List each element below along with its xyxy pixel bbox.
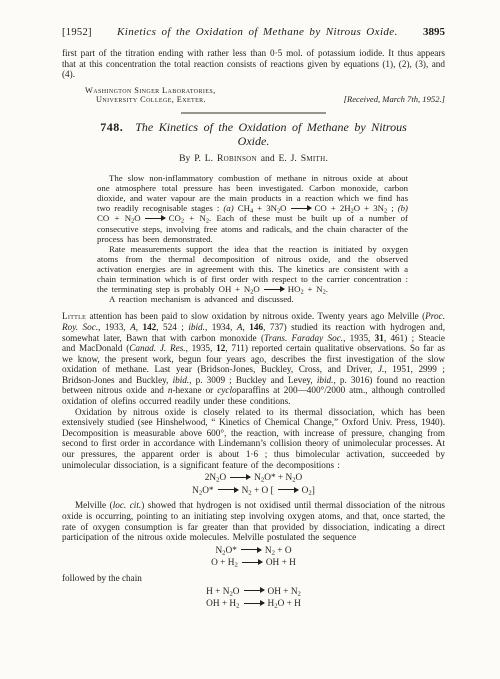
text-segment: + O — [275, 546, 292, 556]
text-segment: + O [ — [252, 486, 274, 496]
text-segment: HO — [288, 284, 301, 294]
reaction-arrow-icon — [241, 549, 261, 550]
text-segment: 2 — [236, 603, 239, 610]
abstract-paragraph: Rate measurements support the idea that … — [97, 244, 408, 294]
text-segment: cyclo — [217, 385, 236, 395]
text-segment: Little — [62, 311, 86, 321]
abstract-paragraph: A reaction mechanism is advanced and dis… — [97, 294, 408, 304]
received-date: [Received, March 7th, 1952.] — [344, 94, 445, 105]
text-segment: . — [326, 284, 328, 294]
text-segment: , 1933, — [98, 322, 130, 332]
text-segment: Canad. J. Res. — [129, 343, 185, 353]
reaction-arrow-icon — [291, 208, 311, 209]
text-segment: and E. J. — [257, 153, 301, 164]
text-segment: 2N — [205, 473, 216, 483]
text-segment: , 1934, — [205, 322, 237, 332]
affiliation-line-2: University College, Exeter. — [96, 95, 216, 105]
text-segment: Smith — [301, 153, 326, 164]
reaction-arrow-icon — [278, 489, 298, 490]
text-segment: ibid. — [188, 322, 205, 332]
text-segment: (b) — [398, 203, 408, 213]
text-segment: Melville ( — [75, 500, 113, 510]
text-segment: 12 — [216, 343, 225, 353]
text-segment: O — [296, 473, 303, 483]
text-segment: + N — [184, 213, 206, 223]
text-segment: ; — [387, 203, 398, 213]
article-title-block: 748.The Kinetics of the Oxidation of Met… — [82, 121, 425, 148]
text-segment: N — [192, 486, 199, 496]
header-page-number: 3895 — [423, 26, 445, 38]
equation-block: 2N2ON2O* + N2ON2O*N2 + O [O2] — [62, 472, 445, 497]
text-segment: ibid. — [173, 375, 190, 385]
text-segment: Robinson — [217, 153, 257, 164]
reaction-arrow-icon — [218, 489, 238, 490]
text-segment: OH + H — [266, 558, 296, 568]
text-segment: 2 — [234, 562, 237, 569]
text-segment: O* — [226, 546, 237, 556]
body-paragraph: followed by the chain — [62, 573, 445, 584]
text-segment: (a) — [223, 203, 233, 213]
text-segment: 146 — [249, 322, 263, 332]
text-segment: H + N — [206, 587, 229, 597]
text-segment: Trans. Faraday Soc. — [264, 333, 343, 343]
text-segment: A reaction mechanism is advanced and dis… — [109, 294, 294, 304]
reaction-arrow-icon — [230, 477, 250, 478]
text-segment: O — [219, 473, 226, 483]
abstract-paragraph: The slow non-inflammatory combustion of … — [97, 173, 408, 244]
body-paragraph: Melville (loc. cit.) showed that hydroge… — [62, 500, 445, 542]
text-segment: loc. cit. — [113, 500, 142, 510]
text-segment: O — [280, 203, 286, 213]
equation-block: H + N2OOH + N2OH + H2H2O + H — [62, 586, 445, 611]
text-segment: -hexane or — [172, 385, 217, 395]
text-segment: O + H — [211, 558, 234, 568]
body-paragraph: Little attention has been paid to slow o… — [62, 311, 445, 406]
signature-block: Washington Singer Laboratories, Universi… — [62, 86, 445, 106]
text-segment: CH — [234, 203, 250, 213]
chemical-equation: N2O*N2 + O [O2] — [62, 485, 445, 498]
text-segment: O — [253, 284, 259, 294]
text-segment: By P. L. — [179, 153, 217, 164]
article-byline: By P. L. Robinson and E. J. Smith. — [62, 153, 445, 164]
reaction-arrow-icon — [242, 562, 262, 563]
text-segment: CO + N — [97, 213, 131, 223]
abstract: The slow non-inflammatory combustion of … — [97, 173, 408, 304]
header-year: [1952] — [62, 27, 92, 38]
text-segment: 2 — [298, 590, 301, 597]
text-segment: N — [265, 546, 272, 556]
article-body: Little attention has been paid to slow o… — [62, 311, 445, 610]
text-segment: OH + H — [206, 599, 236, 609]
text-segment: 142 — [142, 322, 156, 332]
text-segment: ibid. — [317, 375, 334, 385]
text-segment: N — [254, 473, 261, 483]
text-segment: + N — [304, 284, 323, 294]
text-segment: + 3N — [253, 203, 277, 213]
text-segment: O + H — [278, 599, 301, 609]
chemical-equation: 2N2ON2O* + N2O — [62, 472, 445, 485]
text-segment: CO + 2H — [315, 203, 351, 213]
text-segment: O + 3N — [354, 203, 384, 213]
reaction-arrow-icon — [244, 590, 264, 591]
running-header: [1952] Kinetics of the Oxidation of Meth… — [62, 26, 445, 38]
chemical-equation: O + H2OH + H — [62, 557, 445, 570]
text-segment: Oxidation by nitrous oxide is closely re… — [62, 407, 445, 470]
text-segment: , 1935, — [343, 333, 375, 343]
text-segment: CO — [169, 213, 181, 223]
text-segment: , p. 3009 ; Buckley and Levey, — [189, 375, 317, 385]
text-segment: attention has been paid to slow oxidatio… — [86, 311, 425, 321]
equation-block: N2O*N2 + OO + H2OH + H — [62, 545, 445, 570]
text-segment: O — [233, 587, 240, 597]
text-segment: , 524 ; — [156, 322, 188, 332]
text-segment: 31 — [375, 333, 384, 343]
chemical-equation: H + N2OOH + N2 — [62, 586, 445, 599]
reaction-arrow-icon — [244, 603, 264, 604]
body-paragraph: Oxidation by nitrous oxide is closely re… — [62, 407, 445, 471]
text-segment: followed by the chain — [62, 573, 142, 583]
text-segment: O* + N — [264, 473, 292, 483]
header-running-title: Kinetics of the Oxidation of Methane by … — [92, 26, 423, 38]
text-segment: O — [134, 213, 140, 223]
section-divider-rule — [181, 112, 326, 114]
text-segment: , 1935, — [186, 343, 217, 353]
journal-page: [1952] Kinetics of the Oxidation of Meth… — [0, 0, 500, 679]
text-segment: OH + N — [268, 587, 298, 597]
article-number: 748. — [100, 120, 123, 134]
text-segment: ] — [312, 486, 315, 496]
chemical-equation: N2O*N2 + O — [62, 545, 445, 558]
chemical-equation: OH + H2H2O + H — [62, 598, 445, 611]
text-segment: O* — [202, 486, 213, 496]
reaction-arrow-icon — [264, 289, 284, 290]
affiliation: Washington Singer Laboratories, Universi… — [85, 86, 216, 106]
reaction-arrow-icon — [145, 218, 165, 219]
text-segment: . — [325, 153, 327, 164]
article-title: The Kinetics of the Oxidation of Methane… — [135, 120, 407, 148]
affiliation-line-1: Washington Singer Laboratories, — [85, 86, 216, 96]
continuation-paragraph: first part of the titration ending with … — [62, 48, 445, 80]
text-segment: first part of the titration ending with … — [62, 48, 445, 79]
